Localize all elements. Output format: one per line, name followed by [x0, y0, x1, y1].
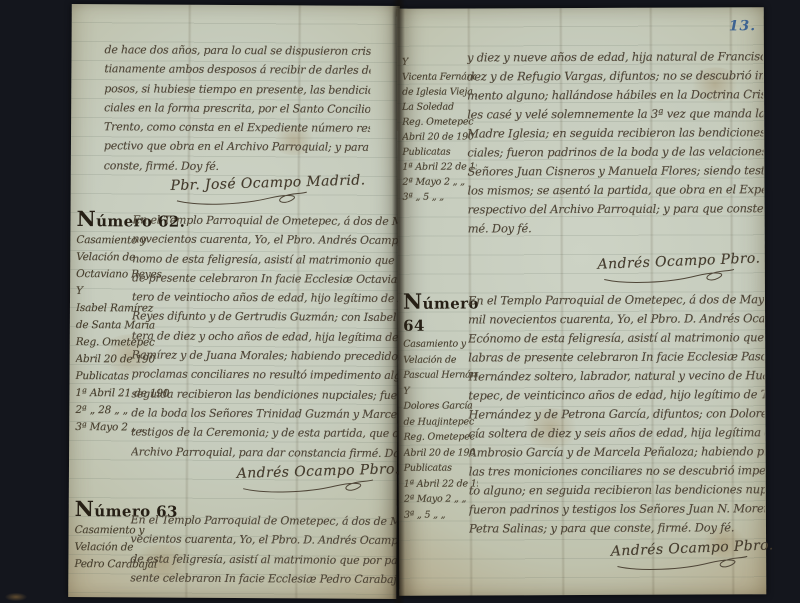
handwritten-line: de esta feligresía, asistí al matrimonio…	[130, 549, 396, 570]
handwritten-line: Ambrosio García y de Marcela Peñaloza; h…	[469, 442, 765, 462]
handwritten-line: Archivo Parroquial, para dar constancia …	[131, 442, 397, 463]
handwritten-line: posos, si hubiese tiempo en presente, la…	[104, 79, 370, 100]
handwritten-line: tianamente ambos desposos á recibir de d…	[104, 60, 370, 81]
handwritten-line: Abril 20 de 190	[402, 129, 476, 144]
handwritten-line: En el Templo Parroquial de Ometepec, á d…	[131, 510, 397, 531]
signature-andres-ocampo-2: Andrés Ocampo Pbro.	[597, 250, 761, 286]
handwritten-line: Trento, como consta en el Expediente núm…	[104, 117, 370, 138]
entry-64-margin-notes: Número 64 Casamiento yVelación dePascual…	[403, 290, 478, 522]
handwritten-line: Vicenta Fernández	[402, 69, 476, 84]
entry-63-body-text: En el Templo Parroquial de Ometepec, á d…	[130, 510, 396, 589]
handwritten-line: mil novecientos cuarenta, Yo, el Pbro. D…	[468, 309, 764, 329]
handwritten-line: to alguno; en seguida recibieron las ben…	[469, 480, 765, 500]
entry-64-margin-lines: Casamiento yVelación dePascual Hernández…	[403, 336, 478, 522]
handwritten-line: 3ª „ 5 „ „	[404, 507, 478, 523]
handwritten-line: Hernández soltero, labrador, natural y v…	[468, 366, 764, 386]
handwritten-line: Reyes difunto y de Gertrudis Guzmán; con…	[132, 307, 398, 328]
handwritten-line: Velación de	[403, 352, 477, 368]
handwritten-line: Y	[403, 383, 477, 399]
handwritten-line: Madre Iglesia; en seguida recibieron las…	[467, 123, 763, 143]
entry-62-body-text: En el Templo Parroquial de Ometepec, á d…	[131, 210, 399, 462]
handwritten-line: Reg. Ometepec	[402, 114, 476, 129]
signature-jose-ocampo: Pbr. José Ocampo Madrid.	[170, 172, 366, 208]
handwritten-line: vecientos cuarenta, Yo, el Pbro. D. Andr…	[130, 530, 396, 551]
handwritten-line: pectivo que obra en el Archivo Parroquia…	[104, 137, 370, 158]
handwritten-line: de Huajintepec	[403, 414, 477, 430]
handwritten-line: En el Templo Parroquial de Ometepec, á d…	[132, 210, 398, 231]
handwritten-line: testigos de la Ceremonia; y de esta part…	[131, 423, 397, 444]
handwritten-line: novecientos cuarenta, Yo, el Pbro. André…	[132, 230, 398, 251]
handwritten-line: La Soledad	[402, 99, 476, 114]
entry-64-number: Número 64	[403, 290, 477, 336]
handwritten-line: respectivo del Archivo Parroquial; y par…	[468, 199, 764, 219]
continuation-margin-lines: YVicenta Fernándezde Iglesia Vieja yLa S…	[402, 54, 477, 204]
right-page: 13. YVicenta Fernándezde Iglesia Vieja y…	[397, 7, 767, 596]
handwritten-line: Publicatas	[404, 460, 478, 476]
handwritten-line: Abril 20 de 190	[404, 445, 478, 461]
continuation-body-text: y diez y nueve años de edad, hija natura…	[467, 47, 764, 238]
handwritten-line: sente celebraron In facie Ecclesiæ Pedro…	[130, 568, 396, 589]
left-page: de hace dos años, para lo cual se dispus…	[68, 4, 400, 599]
handwritten-line: de Iglesia Vieja y	[402, 84, 476, 99]
scanned-register-spread: { "page_number": "13.", "colors": { "bac…	[0, 0, 800, 603]
handwritten-line: seguida recibieron las bendiciones nupci…	[131, 384, 397, 405]
handwritten-line: proclamas conciliares no resultó impedim…	[131, 365, 397, 386]
handwritten-line: les casé y velé solemnemente la 3ª vez q…	[467, 104, 763, 124]
handwritten-line: Hernández y de Petrona García, difuntos;…	[468, 404, 764, 424]
handwritten-line: mé. Doy fé.	[468, 218, 764, 238]
handwritten-line: los mismos; se asentó la partida, que ob…	[467, 180, 763, 200]
handwritten-line: Publicatas	[402, 144, 476, 159]
entry-64-body-text: En el Templo Parroquial de Ometepec, á d…	[468, 290, 765, 538]
handwritten-line: Pascual Hernández	[403, 367, 477, 383]
handwritten-line: 1ª Abril 22 de 190	[402, 159, 476, 174]
handwritten-line: de hace dos años, para lo cual se dispus…	[104, 40, 370, 61]
handwritten-line: tero de veintiocho años de edad, hijo le…	[132, 288, 398, 309]
handwritten-line: de presente celebraron In facie Ecclesiæ…	[132, 268, 398, 289]
book-gutter	[392, 0, 405, 603]
previous-entry-continuation-text: de hace dos años, para lo cual se dispus…	[104, 40, 371, 177]
handwritten-line: y diez y nueve años de edad, hija natura…	[467, 47, 763, 67]
handwritten-line: cía soltera de diez y seis años de edad,…	[469, 423, 765, 443]
handwritten-line: 2ª Mayo 2 „ „	[404, 491, 478, 507]
handwritten-line: fueron padrinos y testigos los Señores J…	[469, 499, 765, 519]
handwritten-line: En el Templo Parroquial de Ometepec, á d…	[468, 290, 764, 310]
handwritten-line: Y	[402, 54, 476, 69]
handwritten-line: las tres moniciones conciliares no se de…	[469, 461, 765, 481]
signature-andres-ocampo-3: Andrés Ocampo Pbro.	[611, 537, 775, 573]
handwritten-line: de la boda los Señores Trinidad Guzmán y…	[131, 403, 397, 424]
handwritten-line: dez y de Refugio Vargas, difuntos; no se…	[467, 66, 763, 86]
handwritten-line: mento alguno; hallándose hábiles en la D…	[467, 85, 763, 105]
handwritten-line: Ecónomo de esta feligresía, asistí al ma…	[468, 328, 764, 348]
handwritten-line: tera de diez y ocho años de edad, hija l…	[132, 326, 398, 347]
handwritten-line: Casamiento y	[403, 336, 477, 352]
signature-andres-ocampo-1: Andrés Ocampo Pbro.	[237, 461, 401, 496]
handwritten-line: 1ª Abril 22 de 190	[404, 476, 478, 492]
continuation-margin-notes: YVicenta Fernándezde Iglesia Vieja yLa S…	[402, 54, 477, 204]
handwritten-line: Reg. Ometepec	[404, 429, 478, 445]
handwritten-line: Petra Salinas; y para que conste, firmé.…	[469, 518, 765, 538]
handwritten-line: Ramírez y de Juana Morales; habiendo pre…	[132, 345, 398, 366]
handwritten-line: Señores Juan Cisneros y Manuela Flores; …	[467, 161, 763, 181]
handwritten-line: 2ª Mayo 2 „ „	[402, 174, 476, 189]
handwritten-line: 3ª „ 5 „ „	[403, 189, 477, 204]
handwritten-line: tepec, de veinticinco años de edad, hijo…	[468, 385, 764, 405]
handwritten-line: ciales en la forma prescrita, por el San…	[104, 98, 370, 119]
handwritten-line: ciales; fueron padrinos de la boda y de …	[467, 142, 763, 162]
handwritten-line: labras de presente celebraron In facie E…	[468, 347, 764, 367]
page-number: 13.	[729, 18, 756, 34]
handwritten-line: Dolores García	[403, 398, 477, 414]
handwritten-line: nomo de esta feligresía, asistí al matri…	[132, 249, 398, 270]
